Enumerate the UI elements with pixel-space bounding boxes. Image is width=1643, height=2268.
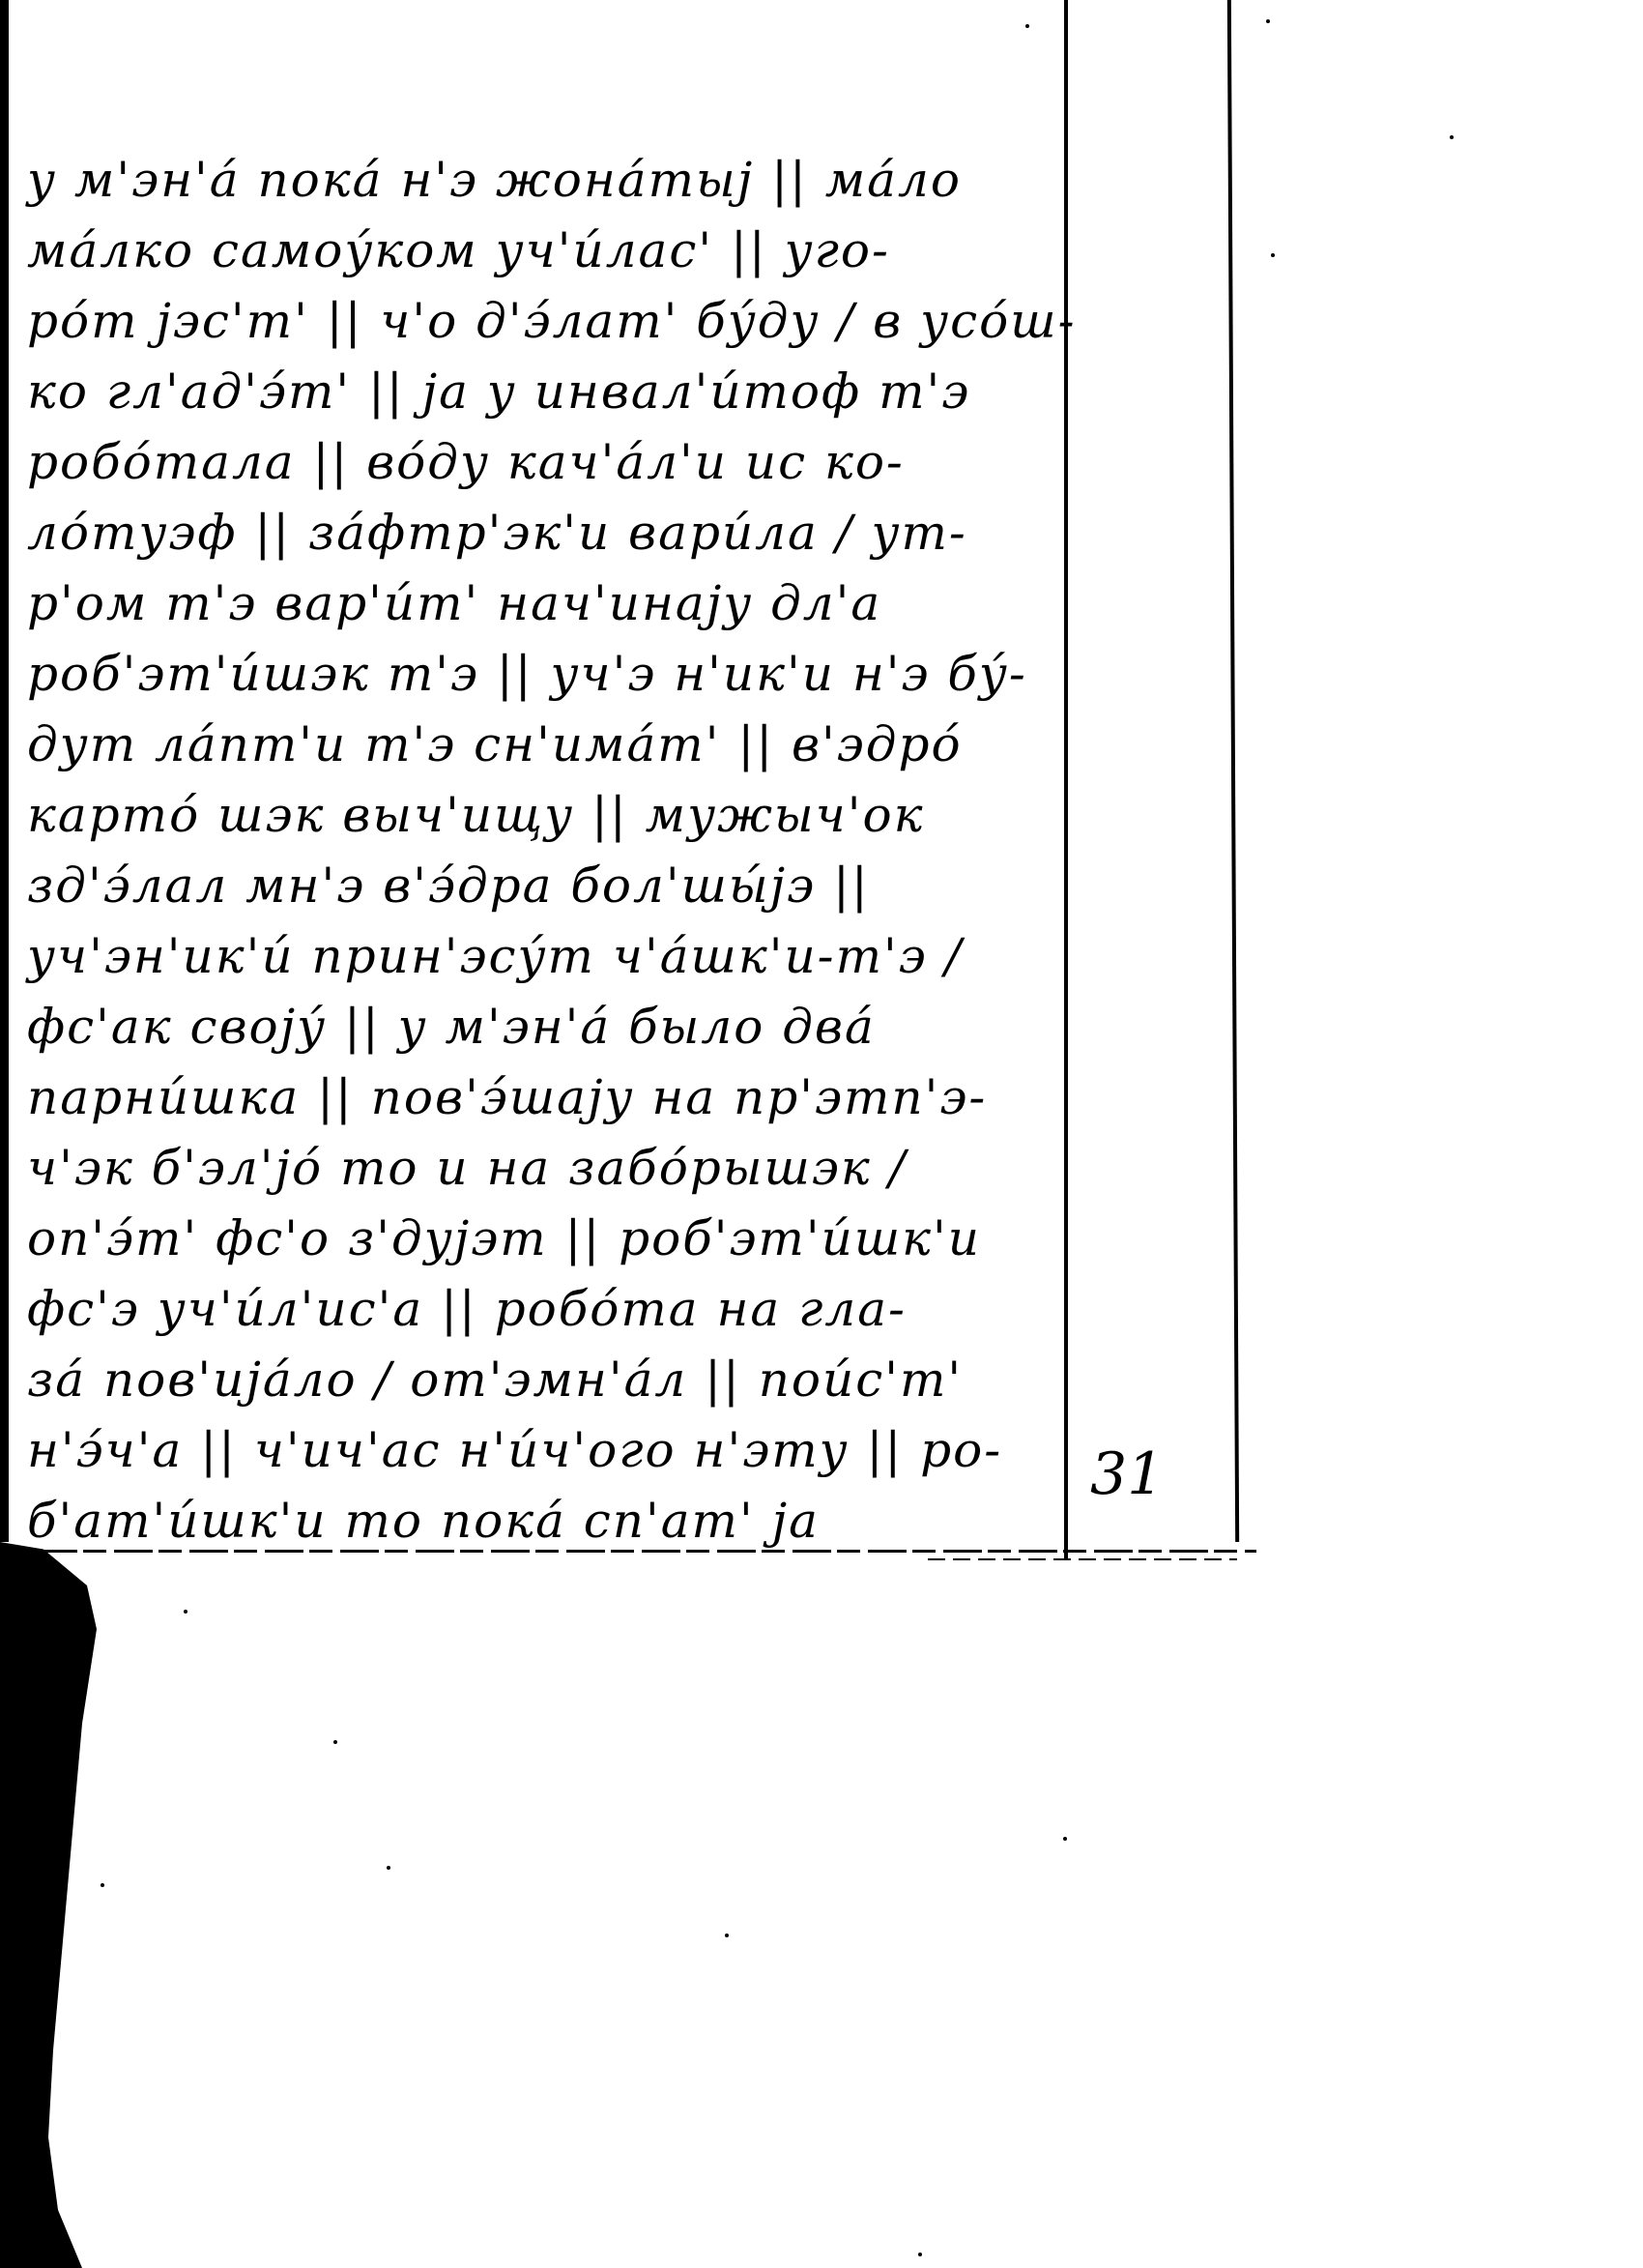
text-line: робо́тала || во́ду кач'а́л'и ис ко- bbox=[27, 427, 1061, 498]
text-line: фс'э уч'и́л'ис'а || робо́та на гла- bbox=[27, 1274, 1061, 1345]
scan-speck bbox=[333, 1740, 337, 1744]
text-line: зд'э́лал мн'э в'э́дра бол'шы́jэ || bbox=[27, 851, 1061, 921]
scan-speck bbox=[725, 1934, 729, 1937]
text-line: р'ом т'э вар'и́т' нач'инаjу дл'а bbox=[27, 568, 1061, 639]
scan-speck bbox=[101, 1883, 104, 1887]
margin-rule-left bbox=[1064, 0, 1068, 1558]
text-line: ро́т jэс'т' || ч'о д'э́лат' бу́ду / в ус… bbox=[27, 286, 1061, 357]
scan-speck bbox=[184, 1610, 187, 1614]
scan-speck bbox=[1271, 253, 1275, 257]
text-line: ко гл'ад'э́т' || jа у инвал'и́тоф т'э bbox=[27, 357, 1061, 427]
scan-speck bbox=[1450, 135, 1454, 139]
text-line: роб'эт'и́шэк т'э || уч'э н'ик'и н'э бу́- bbox=[27, 639, 1061, 710]
text-line: н'э́ч'а || ч'ич'ас н'и́ч'ого н'эту || ро… bbox=[27, 1415, 1061, 1486]
text-line: оп'э́т' фс'о з'дуjэт || роб'эт'и́шк'и bbox=[27, 1204, 1061, 1274]
scan-shadow bbox=[0, 1542, 97, 2268]
scan-speck bbox=[918, 2253, 922, 2256]
scan-speck bbox=[1266, 19, 1270, 23]
scan-speck bbox=[387, 1866, 390, 1870]
bottom-rule-fragment bbox=[928, 1558, 1237, 1560]
margin-rule-right bbox=[1227, 0, 1239, 1542]
text-line: фс'ак своjу́ || у м'эн'а́ было два́ bbox=[27, 992, 1061, 1062]
scan-left-border bbox=[0, 0, 9, 1542]
scan-speck bbox=[1063, 1837, 1067, 1841]
text-line: уч'эн'ик'и́ прин'эсу́т ч'а́шк'и-т'э / bbox=[27, 921, 1061, 992]
text-line: дут ла́пт'и т'э сн'има́т' || в'эдро́ bbox=[27, 710, 1061, 780]
scan-speck bbox=[1025, 24, 1029, 28]
text-line: парни́шка || пов'э́шаjу на пр'этп'э- bbox=[27, 1062, 1061, 1133]
text-line: картó шэк выч'ищу || мужыч'ок bbox=[27, 780, 1061, 851]
text-line: за́ пов'иjа́ло / от'эмн'а́л || пои́с'т' bbox=[27, 1345, 1061, 1415]
handwritten-text: у м'эн'а́ пока́ н'э жона́тыj || ма́ло ма… bbox=[27, 145, 1061, 1556]
text-line: ло́туэф || за́фтр'эк'и вари́ла / ут- bbox=[27, 498, 1061, 568]
text-line: б'ат'и́шк'и то пока́ сп'ат' jа bbox=[27, 1486, 1061, 1556]
text-line: ма́лко самоу́ком уч'и́лас' || уго- bbox=[27, 216, 1061, 286]
page-number: 31 bbox=[1090, 1440, 1164, 1508]
text-line: у м'эн'а́ пока́ н'э жона́тыj || ма́ло bbox=[27, 145, 1061, 216]
text-line: ч'эк б'эл'jо́ то и на забо́рышэк / bbox=[27, 1133, 1061, 1204]
scanned-page: у м'эн'а́ пока́ н'э жона́тыj || ма́ло ма… bbox=[0, 0, 1643, 2268]
